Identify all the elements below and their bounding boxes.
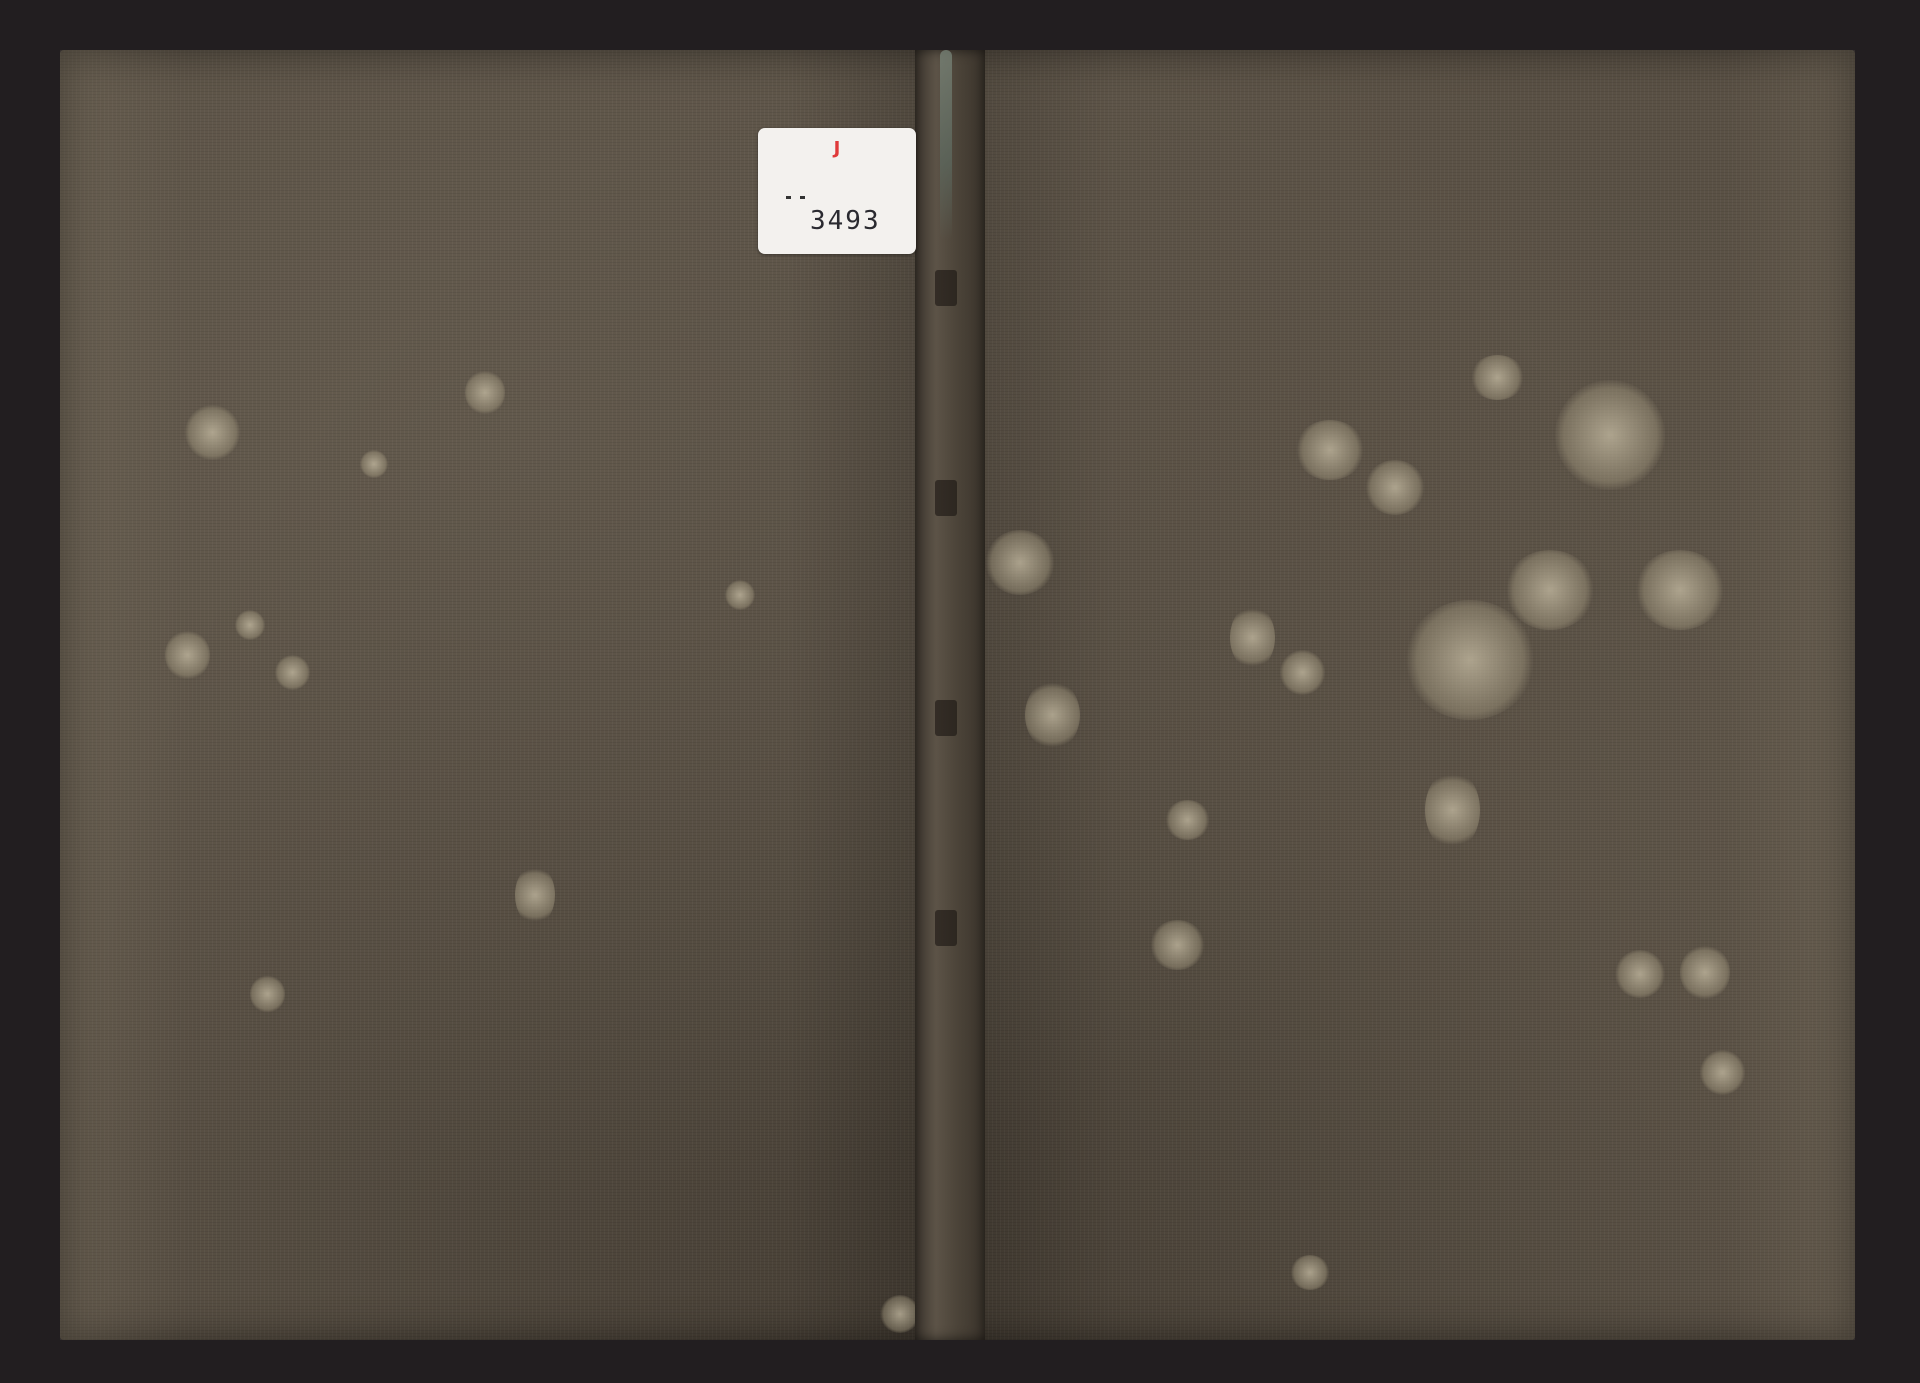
label-marks [786,196,810,199]
stain-spot [1405,600,1535,720]
stain-spot [1165,800,1210,840]
stain-spot [1365,460,1425,515]
stain-spot [1150,920,1205,970]
stain-spot [1470,355,1525,400]
stain-spot [360,450,388,478]
stain-spot [165,630,210,680]
stain-spot [1290,1255,1330,1290]
spine-notch [935,480,957,516]
stain-spot [1680,945,1730,1000]
spine-thread [940,50,952,240]
stain-spot [1555,380,1665,490]
stain-spot [1295,420,1365,480]
spine-notch [935,700,957,736]
stain-spot [235,610,265,640]
label-letter: J [758,138,916,159]
book-spine [915,50,985,1340]
stain-spot [1025,680,1080,750]
catalog-label: J 3493 [758,128,916,254]
stain-spot [185,405,240,460]
stain-spot [275,655,310,690]
stain-spot [1280,650,1325,695]
stain-spot [465,370,505,415]
stain-spot [515,865,555,925]
stain-spot [1700,1050,1745,1095]
front-board [985,50,1855,1340]
spine-notch [935,910,957,946]
stain-spot [985,530,1055,595]
stain-spot [1635,550,1725,630]
spine-notch [935,270,957,306]
stain-spot [250,975,285,1013]
book-cover: J 3493 [60,50,1855,1340]
stain-spot [725,580,755,610]
label-number: 3493 [810,206,881,236]
stain-spot [1230,605,1275,670]
stain-spot [1505,550,1595,630]
stain-spot [1425,770,1480,850]
stain-spot [880,1295,920,1333]
stain-spot [1615,950,1665,998]
